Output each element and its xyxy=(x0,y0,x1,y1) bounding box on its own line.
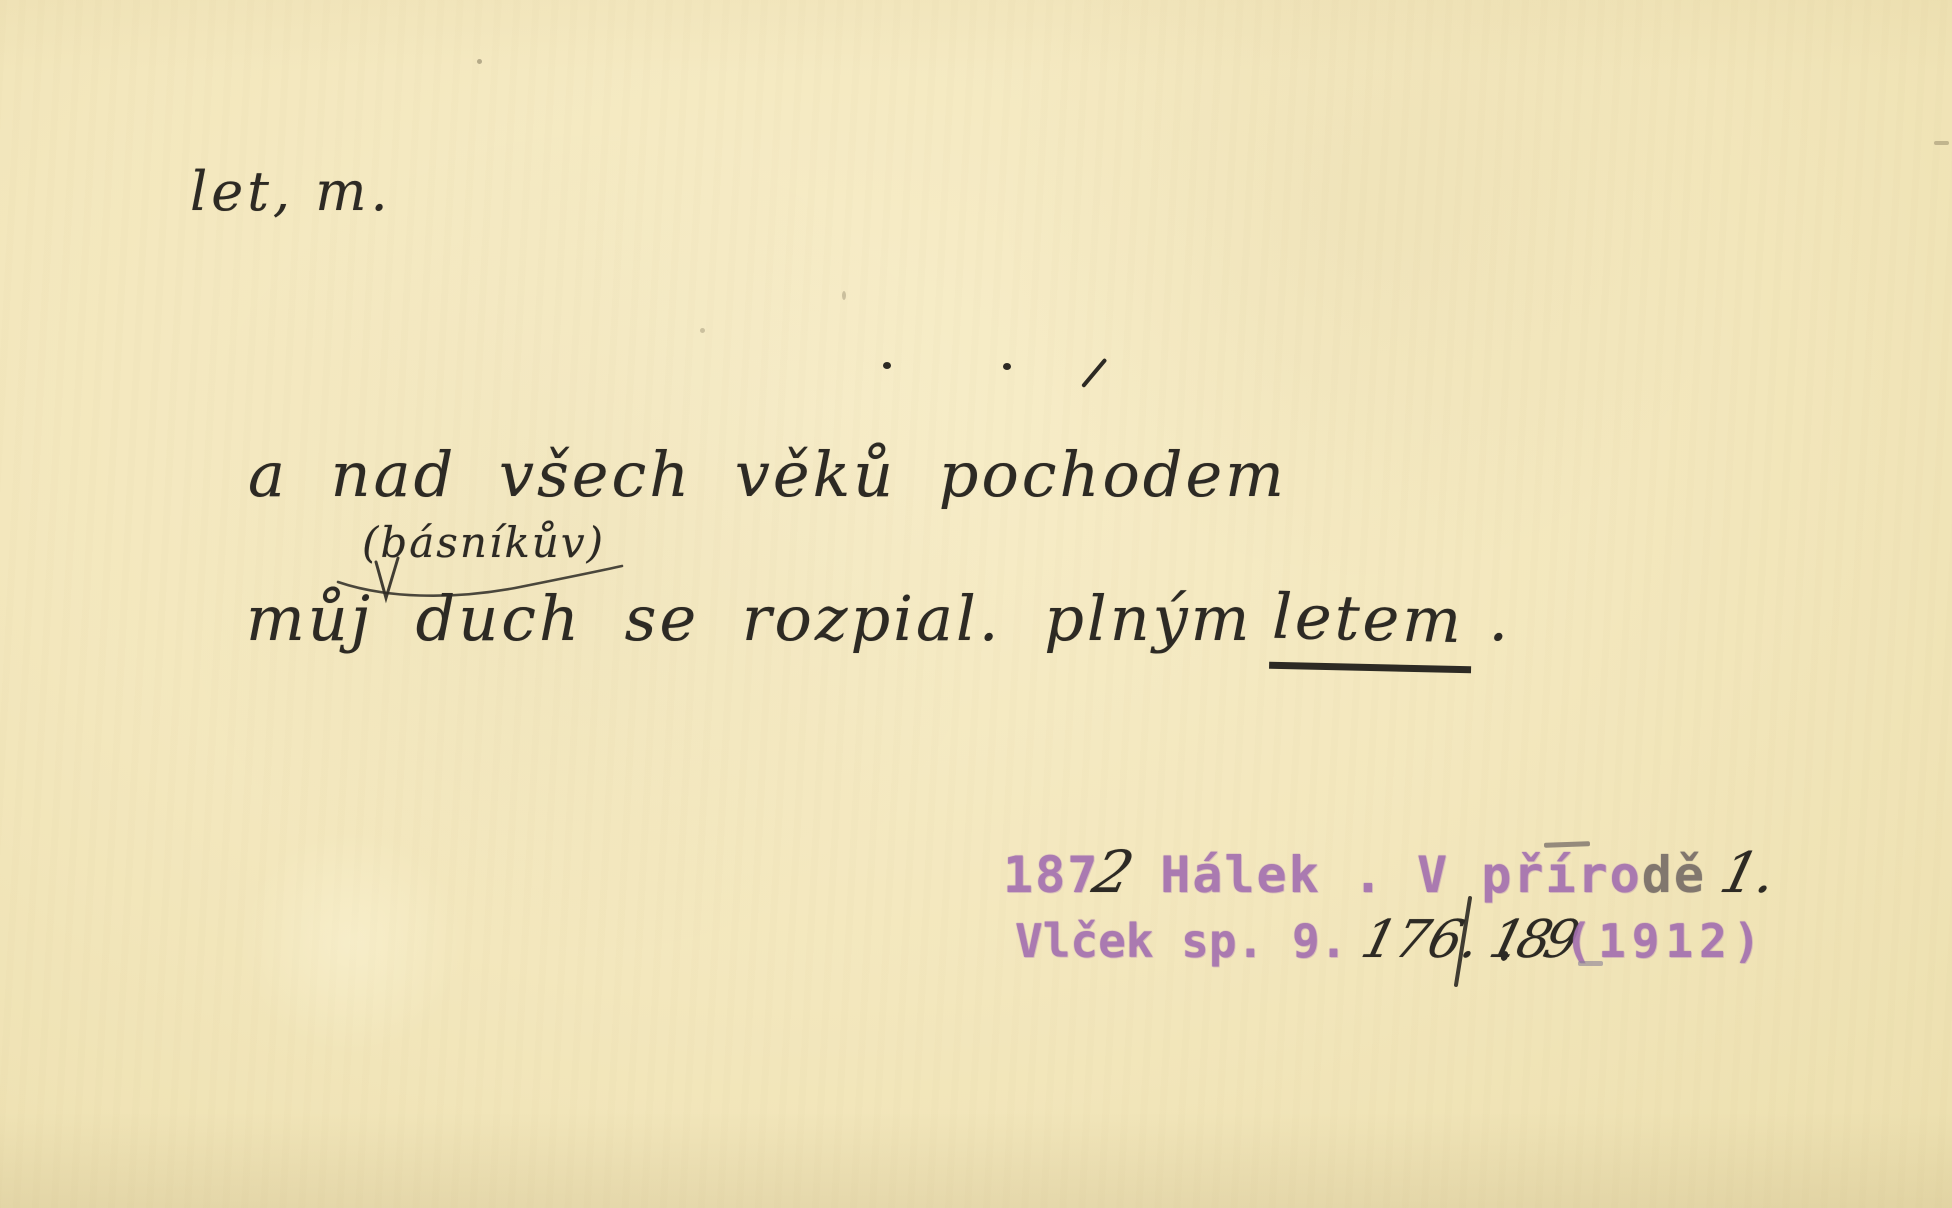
correction-stroke xyxy=(1448,895,1488,990)
paper-speck xyxy=(1934,141,1949,145)
ink-slash-mark xyxy=(1081,358,1107,388)
pencil-dash-mark xyxy=(1578,961,1603,966)
ink-dot-mark xyxy=(883,362,891,369)
stamp-work-title-worn: dě xyxy=(1642,846,1706,904)
verse-period: . xyxy=(1488,582,1511,655)
verse-emphasized-word: letem xyxy=(1270,580,1474,674)
paper-speck xyxy=(842,291,846,300)
paper-speck xyxy=(477,59,482,64)
citation-stamp-line-2: Vlček sp. 9. 176. 189 (1912) xyxy=(1015,910,1767,970)
stamp-work-title: Hálek . V příro xyxy=(1160,846,1642,904)
stamp-publication-year: (1912) xyxy=(1564,914,1766,968)
ink-dot-mark xyxy=(1003,363,1011,370)
verse-line-1: a nad všech věků pochodem xyxy=(248,438,1287,511)
stamp-year: 187 xyxy=(1003,846,1099,904)
handwritten-volume-number: 1. xyxy=(1714,841,1784,906)
verse-line-2-text: můj duch se rozpial. plným xyxy=(246,582,1252,655)
stamp-source: Vlček sp. 9. xyxy=(1015,914,1347,968)
citation-stamp-line-1: 187 2 Hálek . V příro dě 1. xyxy=(1003,838,1775,906)
scanned-index-card: { "colors": { "paper": "#f3e7bd", "ink":… xyxy=(0,0,1952,1208)
paper-speck xyxy=(700,328,705,333)
headword: let, m. xyxy=(190,160,392,223)
verse-line-2: můj duch se rozpial. plnýmletem. xyxy=(246,582,1511,671)
